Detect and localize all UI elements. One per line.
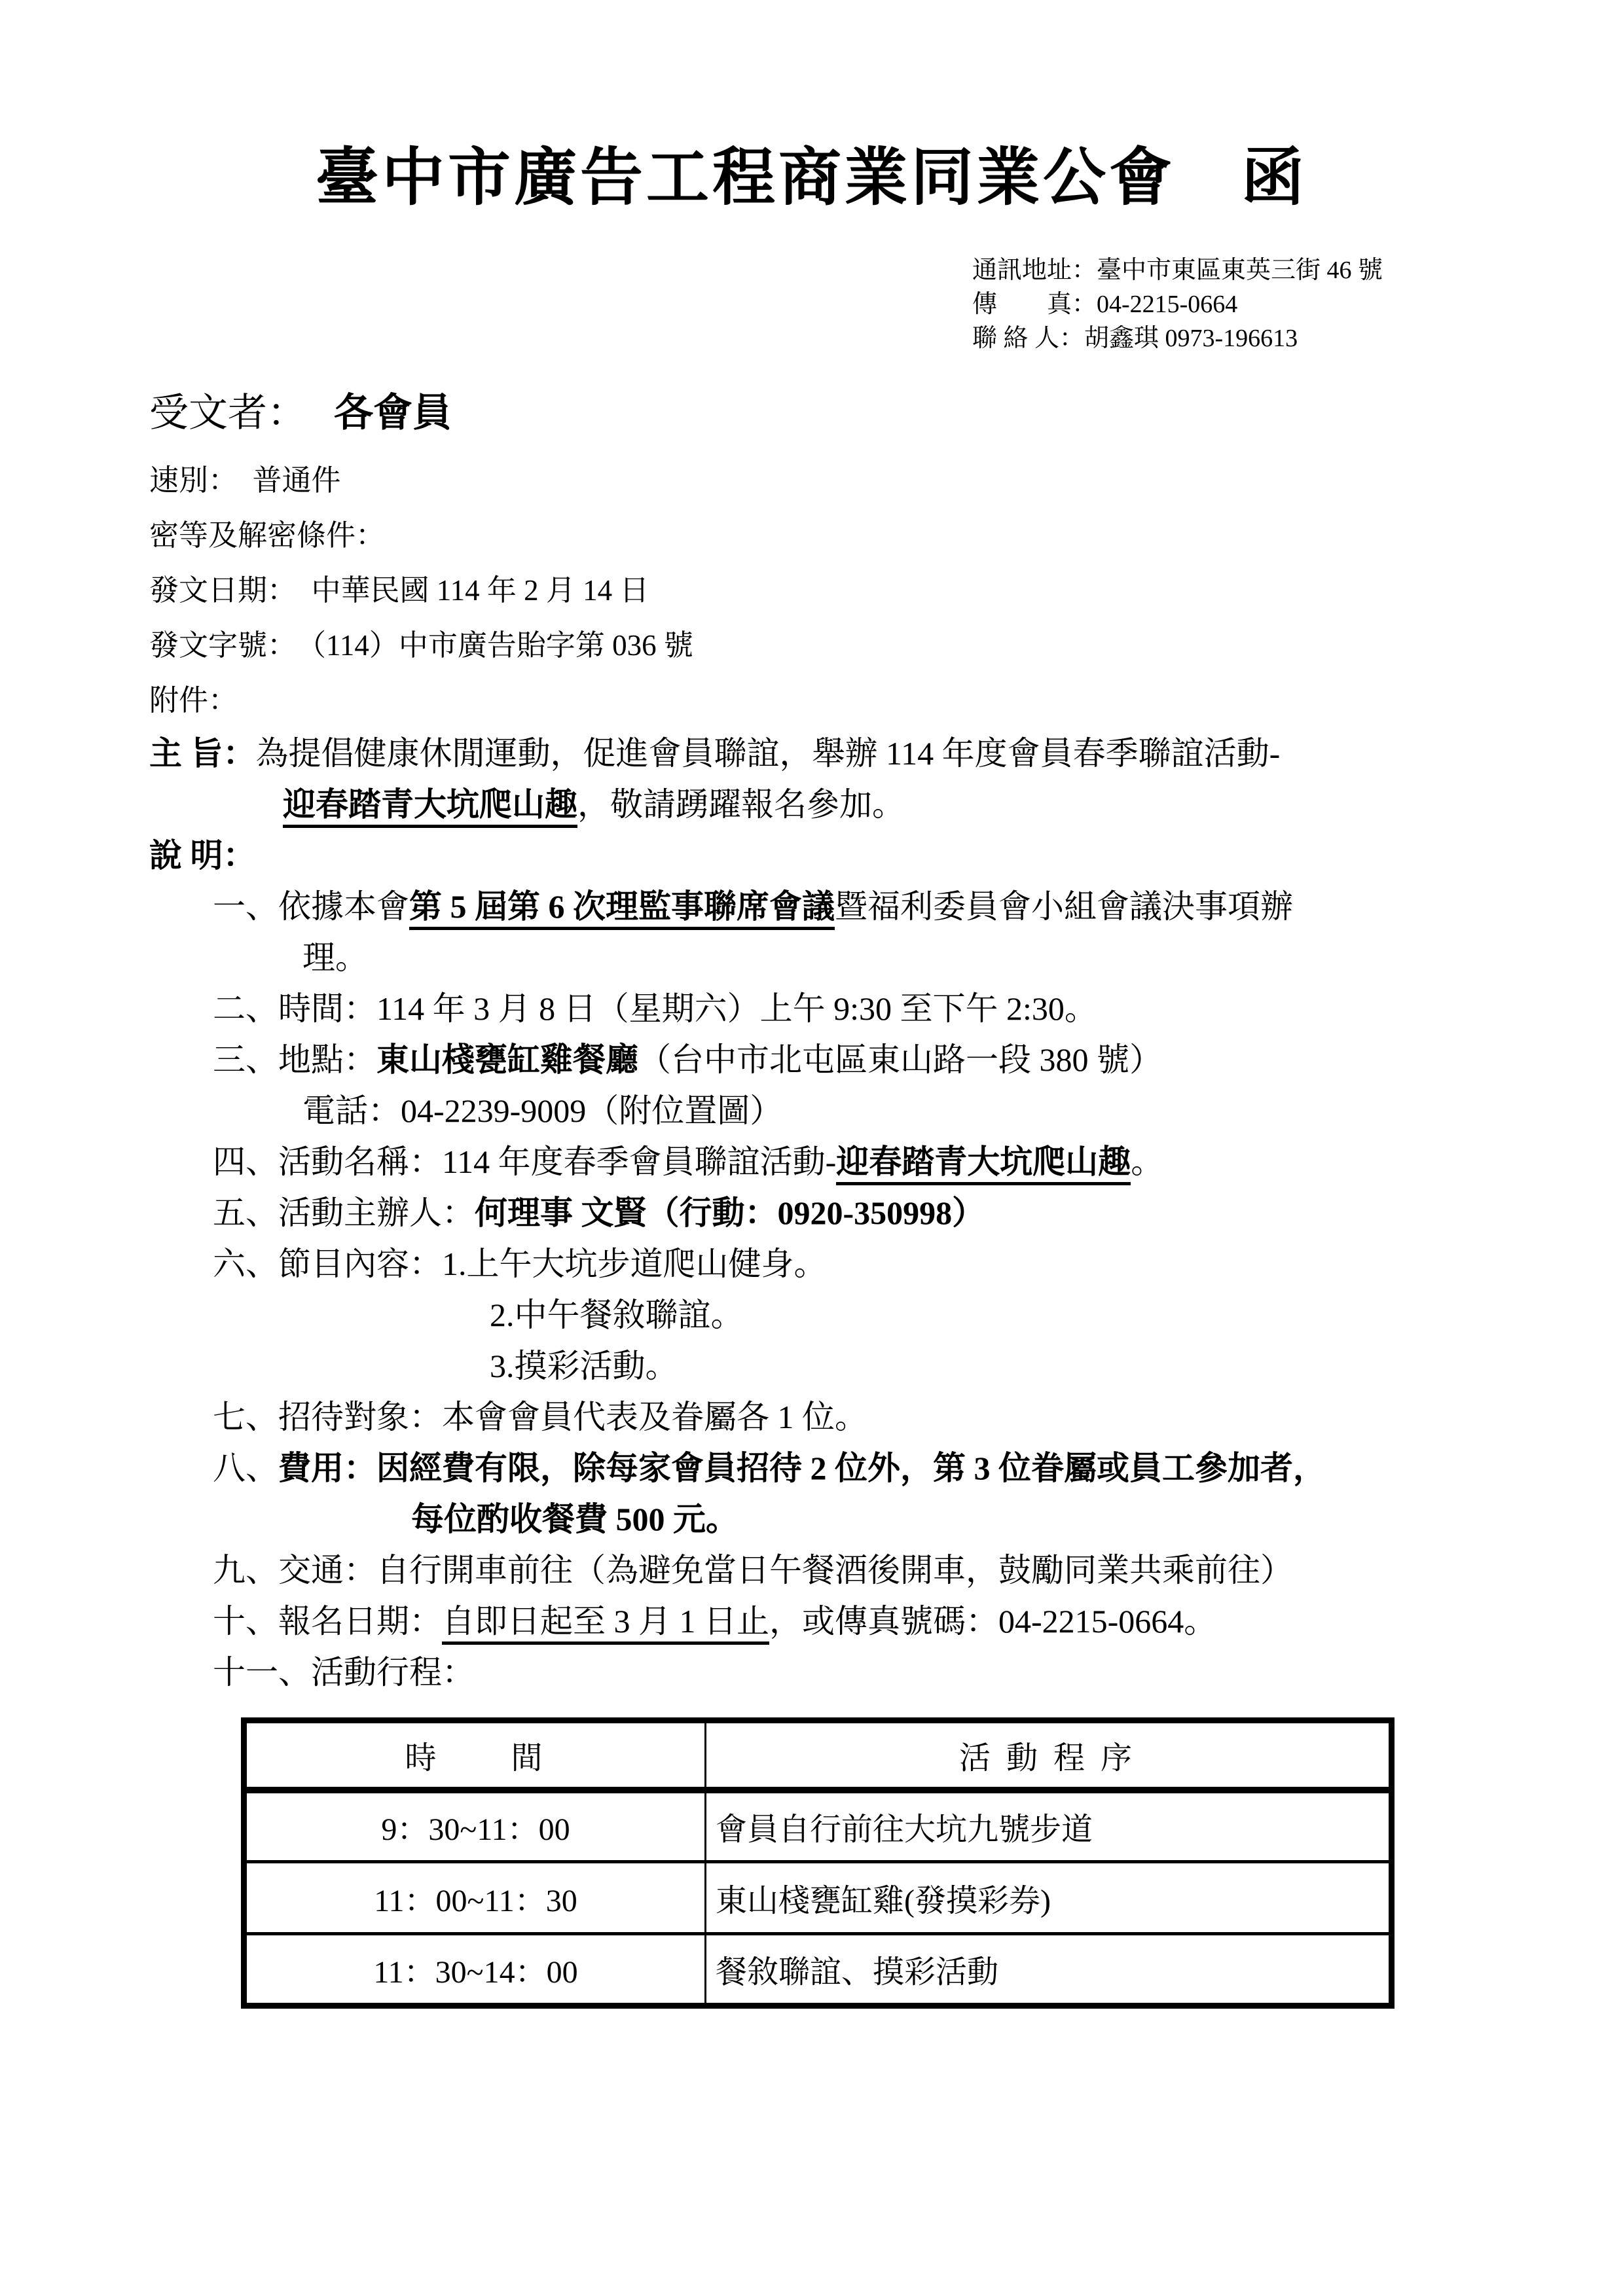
body-segment: 3.摸彩活動。	[490, 1348, 678, 1384]
document-title: 臺中市廣告工程商業同業公會 函	[0, 0, 1623, 217]
body-line: 十一、活動行程：	[213, 1647, 1623, 1698]
body-segment: 五、活動主辦人：	[213, 1194, 475, 1231]
meta-line: 發文字號： （114）中市廣告貽字第 036 號	[149, 618, 1623, 673]
body-line: 八、費用：因經費有限，除每家會員招待 2 位外，第 3 位眷屬或員工參加者，	[213, 1443, 1623, 1494]
body-segment: 為提倡健康休閒運動，促進會員聯誼，舉辦 114 年度會員春季聯誼活動-	[256, 735, 1281, 772]
body-segment: 主 旨：	[149, 735, 256, 772]
table-cell-activity: 餐敘聯誼、摸彩活動	[706, 1934, 1392, 2006]
body-line: 四、活動名稱：114 年度春季會員聯誼活動-迎春踏青大坑爬山趣。	[213, 1136, 1623, 1187]
body-segment: 每位酌收餐費 500 元。	[411, 1501, 739, 1537]
body-segment: 理。	[302, 939, 368, 976]
body-line: 說 明：	[149, 830, 1623, 881]
contact-line: 傳 真：04-2215-0664	[972, 287, 1623, 321]
table-header-cell: 時 間	[244, 1721, 706, 1790]
contact-info: 通訊地址：臺中市東區東英三街 46 號傳 真：04-2215-0664聯 絡 人…	[972, 253, 1623, 355]
body-line: 二、時間：114 年 3 月 8 日（星期六）上午 9:30 至下午 2:30。	[213, 983, 1623, 1034]
body-segment: 四、活動名稱：114 年度春季會員聯誼活動-	[213, 1143, 836, 1180]
body-line: 3.摸彩活動。	[490, 1340, 1623, 1391]
contact-line: 通訊地址：臺中市東區東英三街 46 號	[972, 253, 1623, 287]
body-line: 五、活動主辦人：何理事 文賢（行動：0920-350998）	[213, 1187, 1623, 1238]
body-line: 迎春踏青大坑爬山趣，敬請踴躍報名參加。	[283, 779, 1623, 830]
body-line: 一、依據本會第 5 屆第 6 次理監事聯席會議暨福利委員會小組會議決事項辦	[213, 881, 1623, 932]
body-segment: 說 明：	[149, 837, 256, 874]
table-row: 11：30~14：00餐敘聯誼、摸彩活動	[244, 1934, 1392, 2006]
body-line: 電話：04-2239-9009（附位置圖）	[302, 1085, 1623, 1136]
body-segment: 東山棧甕缸雞餐廳	[376, 1041, 638, 1078]
body-segment: 第 5 屆第 6 次理監事聯席會議	[409, 888, 835, 930]
contact-line: 聯 絡 人：胡鑫琪 0973-196613	[972, 321, 1623, 355]
recipient-value: 各會員	[334, 391, 452, 435]
body-segment: 何理事 文賢（行動：0920-350998）	[475, 1194, 985, 1231]
body-segment: 2.中午餐敘聯誼。	[490, 1297, 744, 1333]
body-segment: 七、招待對象：本會會員代表及眷屬各 1 位。	[213, 1399, 867, 1435]
body-line: 十、報名日期：自即日起至 3 月 1 日止，或傳真號碼：04-2215-0664…	[213, 1596, 1623, 1647]
table-row: 11：00~11：30東山棧甕缸雞(發摸彩券)	[244, 1862, 1392, 1934]
body-segment: 電話：04-2239-9009（附位置圖）	[302, 1092, 782, 1129]
recipient-label: 受文者：	[149, 391, 306, 435]
body-segment: ，敬請踴躍報名參加。	[577, 786, 905, 823]
body-line: 七、招待對象：本會會員代表及眷屬各 1 位。	[213, 1391, 1623, 1443]
table-row: 9：30~11：00會員自行前往大坑九號步道	[244, 1790, 1392, 1862]
body-text: 主 旨：為提倡健康休閒運動，促進會員聯誼，舉辦 114 年度會員春季聯誼活動-迎…	[0, 728, 1623, 1698]
body-segment: 費用：因經費有限，除每家會員招待 2 位外，第 3 位眷屬或員工參加者，	[278, 1450, 1326, 1486]
body-line: 主 旨：為提倡健康休閒運動，促進會員聯誼，舉辦 114 年度會員春季聯誼活動-	[149, 728, 1623, 779]
meta-line: 速別： 普通件	[149, 453, 1623, 508]
body-segment: 迎春踏青大坑爬山趣	[836, 1143, 1131, 1185]
meta-line: 附件：	[149, 673, 1623, 728]
body-line: 九、交通：自行開車前往（為避免當日午餐酒後開車，鼓勵同業共乘前往）	[213, 1545, 1623, 1596]
meta-lines: 速別： 普通件密等及解密條件：發文日期： 中華民國 114 年 2 月 14 日…	[149, 453, 1623, 728]
body-line: 三、地點：東山棧甕缸雞餐廳（台中市北屯區東山路一段 380 號）	[213, 1034, 1623, 1085]
body-segment: （台中市北屯區東山路一段 380 號）	[638, 1041, 1162, 1078]
body-segment: 一、依據本會	[213, 888, 409, 925]
schedule-table: 時 間活 動 程 序 9：30~11：00會員自行前往大坑九號步道11：00~1…	[241, 1717, 1395, 2009]
body-line: 2.中午餐敘聯誼。	[490, 1289, 1623, 1340]
body-segment: 暨福利委員會小組會議決事項辦	[835, 888, 1293, 925]
document-page: 臺中市廣告工程商業同業公會 函 通訊地址：臺中市東區東英三街 46 號傳 真：0…	[0, 0, 1623, 2296]
body-segment: 自即日起至 3 月 1 日止	[442, 1603, 769, 1645]
body-segment: ，或傳真號碼：04-2215-0664。	[769, 1603, 1216, 1640]
table-cell-activity: 會員自行前往大坑九號步道	[706, 1790, 1392, 1862]
body-segment: 六、節目內容：1.上午大坑步道爬山健身。	[213, 1246, 827, 1282]
table-cell-time: 11：00~11：30	[244, 1862, 706, 1934]
body-segment: 十、報名日期：	[213, 1603, 442, 1640]
table-cell-activity: 東山棧甕缸雞(發摸彩券)	[706, 1862, 1392, 1934]
recipient-line: 受文者：各會員	[149, 391, 1623, 435]
body-segment: 三、地點：	[213, 1041, 376, 1078]
body-segment: 八、	[213, 1450, 278, 1486]
body-segment: 。	[1131, 1143, 1163, 1180]
table-cell-time: 9：30~11：00	[244, 1790, 706, 1862]
table-header-cell: 活 動 程 序	[706, 1721, 1392, 1790]
body-line: 每位酌收餐費 500 元。	[411, 1494, 1623, 1545]
meta-line: 密等及解密條件：	[149, 508, 1623, 563]
meta-line: 發文日期： 中華民國 114 年 2 月 14 日	[149, 563, 1623, 618]
body-segment: 二、時間：114 年 3 月 8 日（星期六）上午 9:30 至下午 2:30。	[213, 990, 1097, 1027]
body-line: 六、節目內容：1.上午大坑步道爬山健身。	[213, 1238, 1623, 1289]
body-line: 理。	[302, 932, 1623, 983]
table-cell-time: 11：30~14：00	[244, 1934, 706, 2006]
body-segment: 十一、活動行程：	[213, 1654, 475, 1691]
body-segment: 迎春踏青大坑爬山趣	[283, 786, 577, 828]
body-segment: 九、交通：自行開車前往（為避免當日午餐酒後開車，鼓勵同業共乘前往）	[213, 1552, 1293, 1588]
